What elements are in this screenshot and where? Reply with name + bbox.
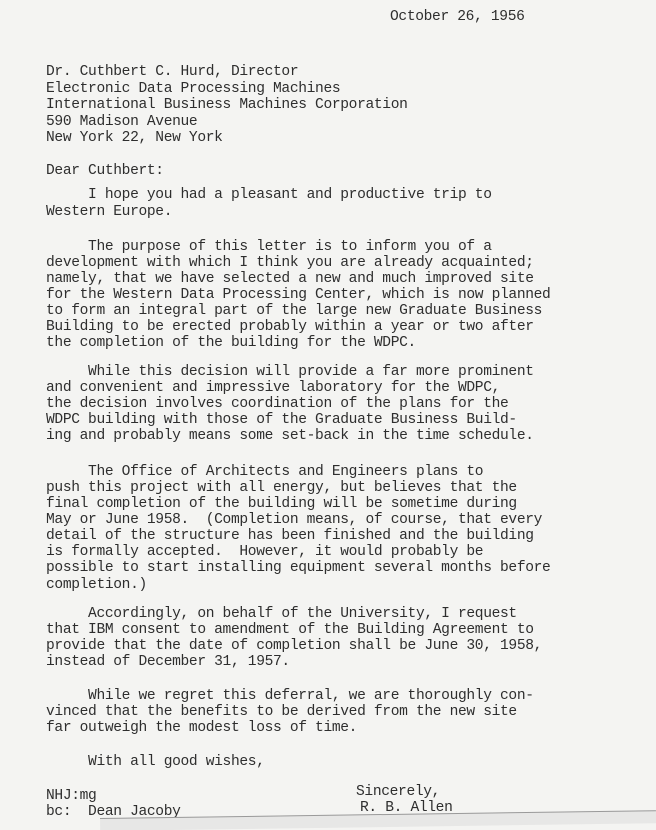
body-line: Accordingly, on behalf of the University… — [46, 606, 517, 623]
valediction: Sincerely, — [356, 784, 440, 801]
body-line: I hope you had a pleasant and productive… — [46, 187, 492, 204]
body-line: ing and probably means some set-back in … — [46, 428, 534, 445]
body-line: development with which I think you are a… — [46, 255, 534, 272]
body-line: and convenient and impressive laboratory… — [46, 380, 500, 397]
body-line: provide that the date of completion shal… — [46, 638, 542, 655]
body-line: The purpose of this letter is to inform … — [46, 239, 492, 256]
body-line: Western Europe. — [46, 204, 172, 221]
body-line: detail of the structure has been finishe… — [46, 528, 534, 545]
reference-initials: NHJ:mg — [46, 788, 96, 805]
body-line: is formally accepted. However, it would … — [46, 544, 483, 561]
body-line: the decision involves coordination of th… — [46, 396, 508, 413]
body-line: WDPC building with those of the Graduate… — [46, 412, 517, 429]
body-line: vinced that the benefits to be derived f… — [46, 704, 517, 721]
body-line: possible to start installing equipment s… — [46, 560, 550, 577]
recipient-line: International Business Machines Corporat… — [46, 97, 408, 114]
body-line: With all good wishes, — [46, 754, 265, 771]
body-line: The Office of Architects and Engineers p… — [46, 464, 483, 481]
body-line: far outweigh the modest loss of time. — [46, 720, 357, 737]
body-line: completion.) — [46, 577, 147, 594]
salutation: Dear Cuthbert: — [46, 163, 164, 180]
recipient-line: New York 22, New York — [46, 130, 223, 147]
body-line: push this project with all energy, but b… — [46, 480, 517, 497]
body-line: for the Western Data Processing Center, … — [46, 287, 550, 304]
letter-date: October 26, 1956 — [390, 9, 525, 26]
body-line: to form an integral part of the large ne… — [46, 303, 542, 320]
recipient-line: Electronic Data Processing Machines — [46, 81, 340, 98]
body-line: the completion of the building for the W… — [46, 335, 416, 352]
body-line: that IBM consent to amendment of the Bui… — [46, 622, 534, 639]
recipient-line: Dr. Cuthbert C. Hurd, Director — [46, 64, 298, 81]
body-line: Building to be erected probably within a… — [46, 319, 534, 336]
body-line: instead of December 31, 1957. — [46, 654, 290, 671]
recipient-line: 590 Madison Avenue — [46, 114, 197, 131]
letter-page: October 26, 1956 Dr. Cuthbert C. Hurd, D… — [0, 0, 656, 830]
paper-edge — [100, 810, 656, 830]
body-line: namely, that we have selected a new and … — [46, 271, 534, 288]
body-line: final completion of the building will be… — [46, 496, 517, 513]
body-line: While we regret this deferral, we are th… — [46, 688, 534, 705]
body-line: May or June 1958. (Completion means, of … — [46, 512, 542, 529]
body-line: While this decision will provide a far m… — [46, 364, 534, 381]
